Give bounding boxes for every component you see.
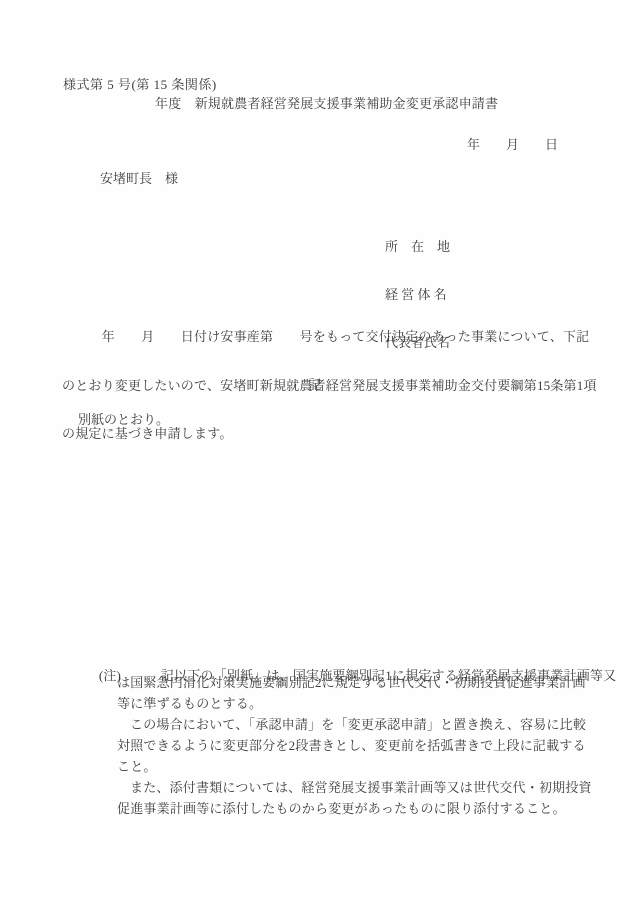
body-paragraph-line: の規定に基づき申請します。 (62, 424, 570, 445)
document-page: 様式第 5 号(第 15 条関係) 年度 新規就農者経営発展支援事業補助金変更承… (0, 0, 630, 903)
addressee-line: 安堵町長 様 (100, 172, 178, 186)
note-line: 等に準ずるものとする。 (117, 697, 570, 711)
note-line: 対照できるように変更部分を2段書きとし、変更前を括弧書きで上段に記載する (117, 739, 570, 753)
note-line: 促進事業計画等に添付したものから変更があったものに限り添付すること。 (117, 802, 570, 816)
signer-location-label: 所 在 地 (385, 240, 465, 260)
record-heading: 記 (0, 378, 630, 392)
date-blank-line: 年 月 日 (467, 138, 558, 152)
record-body-text: 別紙のとおり。 (78, 413, 169, 427)
body-paragraph-line: 年 月 日付け安事産第 号をもって交付決定のあった事業について、下記 (62, 327, 570, 348)
note-line: この場合において、「承認申請」を「変更承認申請」と置き換え、容易に比較 (130, 718, 570, 732)
form-number-label: 様式第 5 号(第 15 条関係) (63, 78, 217, 92)
document-title: 年度 新規就農者経営発展支援事業補助金変更承認申請書 (155, 97, 498, 111)
note-line: こと。 (117, 760, 570, 774)
note-line: は国緊急円滑化対策実施要綱別記2に規定する世代交代・初期投資促進事業計画 (117, 676, 570, 690)
note-line: また、添付書類については、経営発展支援事業計画等又は世代交代・初期投資 (130, 781, 570, 795)
